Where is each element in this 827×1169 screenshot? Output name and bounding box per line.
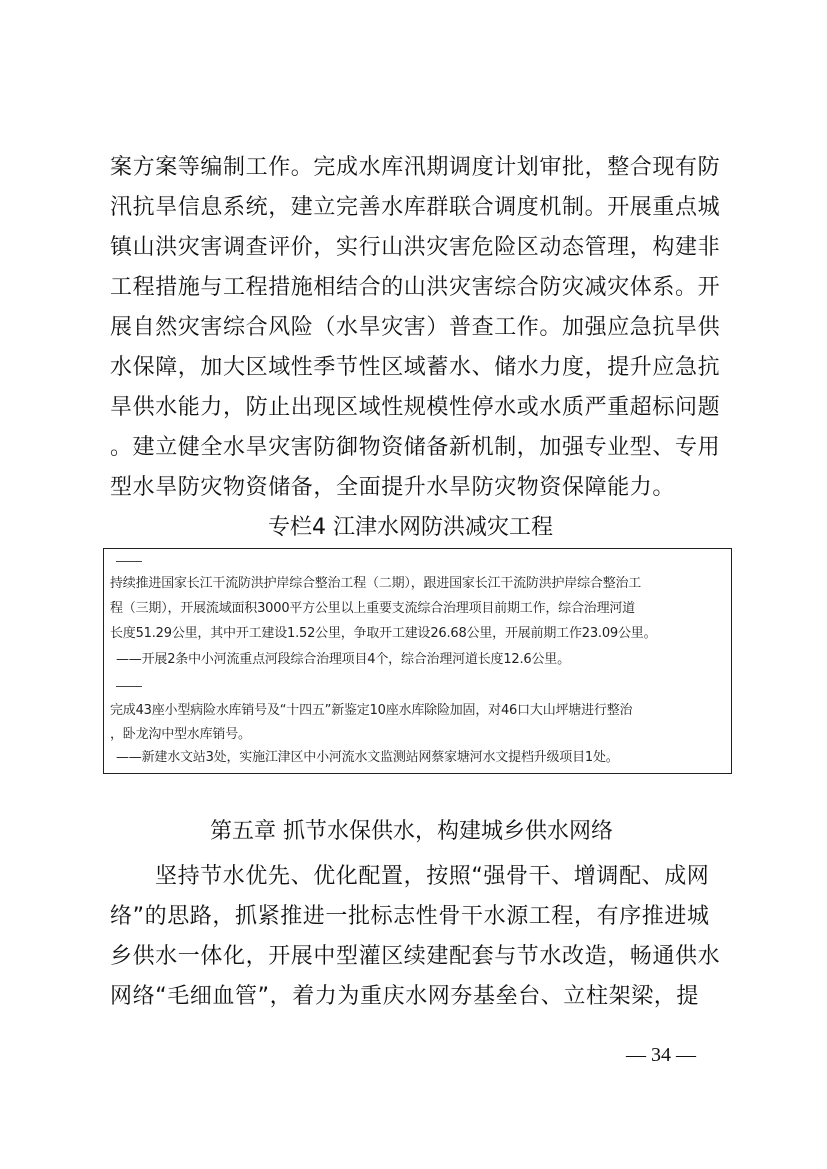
- dash-separator: [116, 686, 142, 687]
- box-line: ——新建水文站3处，实施江津区中小河流水文监测站网蔡家塘河水文提档升级项目1处。: [116, 749, 619, 767]
- paragraph-line: 展自然灾害综合风险（水旱灾害）普查工作。加强应急抗旱供: [110, 314, 710, 342]
- paragraph-line: 工程措施与工程措施相结合的山洪灾害综合防灾减灾体系。开: [110, 274, 710, 302]
- dash-separator: [116, 561, 142, 562]
- box-line: 完成43座小型病险水库销号及“十四五”新鉴定10座水库除险加固，对46口大山坪塘…: [110, 702, 632, 720]
- paragraph-line: 旱供水能力，防止出现区域性规模性停水或水质严重超标问题: [110, 394, 710, 422]
- box-line: 程（三期），开展流域面积3000平方公里以上重要支流综合治理项目前期工作，综合治…: [110, 600, 635, 618]
- paragraph-line: 乡供水一体化，开展中型灌区续建配套与节水改造，畅通供水: [110, 943, 710, 971]
- chapter-title: 第五章 抓节水保供水，构建城乡供水网络: [210, 818, 613, 846]
- box-line: 持续推进国家长江干流防洪护岸综合整治工程（二期），跟进国家长江干流防洪护岸综合整…: [110, 575, 641, 593]
- box-title: 专栏4 江津水网防洪减灾工程: [268, 514, 553, 542]
- paragraph-line: 水保障，加大区域性季节性区域蓄水、储水力度，提升应急抗: [110, 354, 710, 382]
- project-box: 持续推进国家长江干流防洪护岸综合整治工程（二期），跟进国家长江干流防洪护岸综合整…: [103, 548, 732, 774]
- page-number: — 34 —: [626, 1043, 696, 1067]
- paragraph-line: 坚持节水优先、优化配置，按照“强骨干、增调配、成网: [155, 863, 715, 891]
- paragraph-line: 汛抗旱信息系统，建立完善水库群联合调度机制。开展重点城: [110, 194, 710, 222]
- paragraph-line: 案方案等编制工作。完成水库汛期调度计划审批，整合现有防: [110, 154, 710, 182]
- paragraph-line: 镇山洪灾害调查评价，实行山洪灾害危险区动态管理，构建非: [110, 234, 710, 262]
- box-line: 长度51.29公里，其中开工建设1.52公里，争取开工建设26.68公里，开展前…: [110, 625, 656, 643]
- paragraph-line: 型水旱防灾物资储备，全面提升水旱防灾物资保障能力。: [110, 474, 710, 502]
- paragraph-line: 网络“毛细血管”，着力为重庆水网夯基垒台、立柱架梁，提: [110, 983, 710, 1011]
- paragraph-line: 络”的思路，抓紧推进一批标志性骨干水源工程，有序推进城: [110, 903, 710, 931]
- box-line: ，卧龙沟中型水库销号。: [110, 726, 251, 744]
- paragraph-line: 。建立健全水旱灾害防御物资储备新机制，加强专业型、专用: [110, 434, 710, 462]
- box-line: ——开展2条中小河流重点河段综合治理项目4个，综合治理河道长度12.6公里。: [116, 651, 570, 669]
